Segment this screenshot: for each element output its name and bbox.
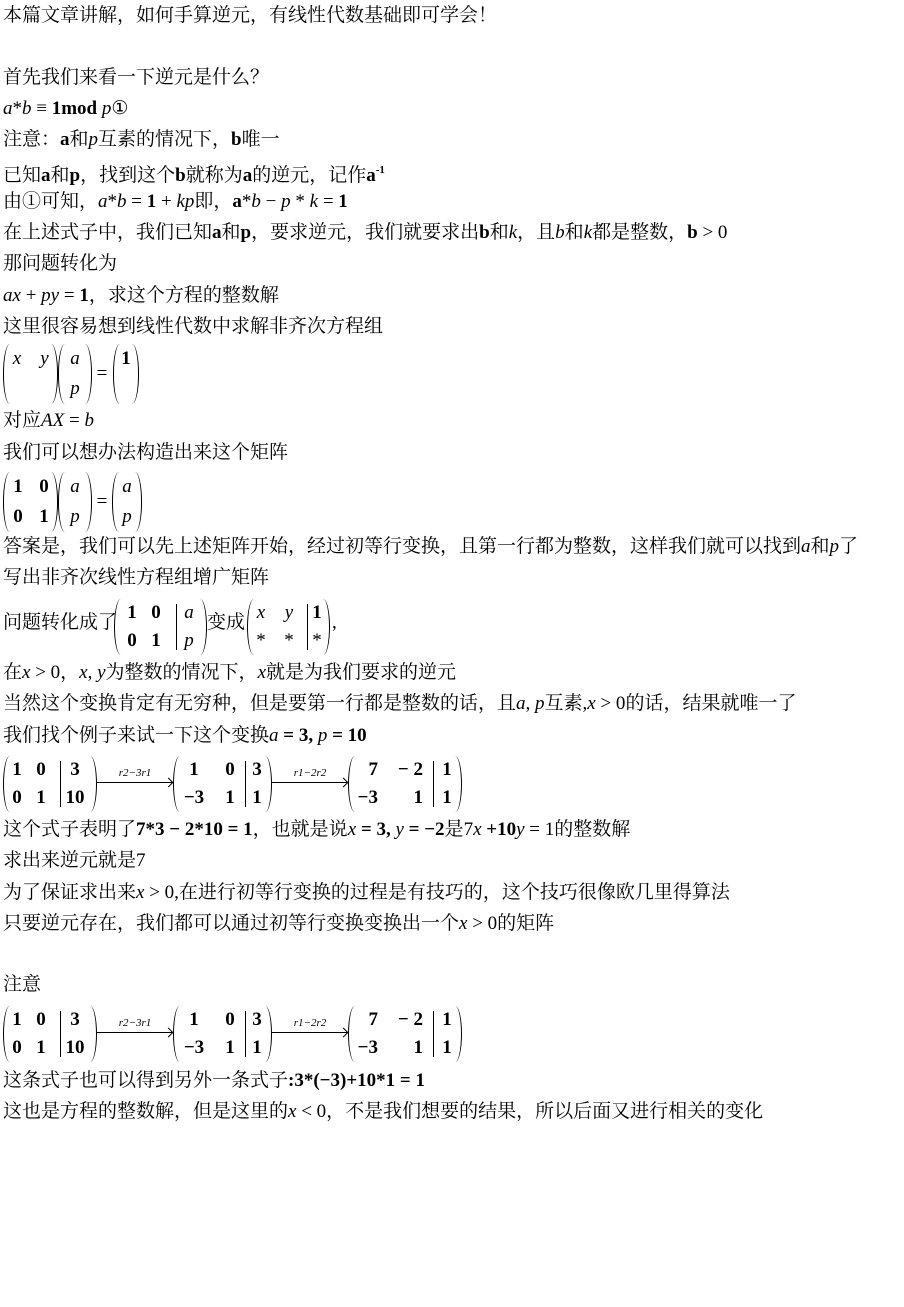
text-run: 对应 [3, 410, 41, 431]
text-run: 在进行初等行变换的过程是有技巧的，这个技巧很像欧几里得算法 [179, 882, 730, 903]
row-operation-arrow: r1−2r2 [272, 1005, 348, 1063]
matrix-cell: 3 [63, 1006, 87, 1034]
math-op: > 0 [596, 693, 626, 714]
matrix-cell: 1 [439, 784, 455, 812]
augmented-matrix-step-2: 1 −3 0 1 3 1 [173, 1006, 272, 1062]
matrix-column: 7 −3 [355, 1006, 381, 1062]
construct-matrix-line: 我们可以想办法构造出来这个矩阵 [3, 437, 288, 468]
left-paren [3, 472, 10, 532]
math-op: * [242, 191, 252, 212]
left-paren [348, 756, 355, 812]
matrix-column: 1 * [311, 599, 323, 655]
matrix-cell: 0 [221, 756, 239, 784]
math-var: k [509, 222, 517, 243]
row-operation-label: r2−3r1 [97, 768, 173, 779]
matrix-cell: 1 [10, 472, 26, 502]
right-paren [135, 472, 142, 532]
matrix-column: y [38, 344, 51, 404]
matrix-cell: 3 [63, 756, 87, 784]
text-run: ，求这个方程的整数解 [89, 285, 279, 306]
matrix-column: 7 −3 [355, 756, 381, 812]
matrix-column: − 2 1 [394, 1006, 426, 1062]
transform-intro-line: 那问题转化为 [3, 248, 117, 279]
row-operation-arrow: r2−3r1 [97, 755, 173, 813]
matrix-cell: * [282, 627, 296, 655]
text-run: 的逆元，记作 [252, 165, 366, 186]
negative-solution-line: 这也是方程的整数解，但是这里的x < 0，不是我们想要的结果，所以后面又进行相关… [3, 1096, 763, 1127]
row-operation-arrow: r2−3r1 [97, 1005, 173, 1063]
left-paren [113, 344, 120, 404]
congruence-formula-line: a*b ≡ 1mod p① [3, 93, 128, 124]
math-var: b [687, 222, 698, 243]
math-var: a [801, 536, 811, 557]
math-var: a [232, 191, 242, 212]
math-number: 7 [136, 850, 146, 871]
arrow-right-icon [97, 1032, 172, 1033]
math-op: > 0 [467, 913, 497, 934]
math-var: a [98, 191, 108, 212]
matrix-cell: −3 [180, 784, 208, 812]
math-number: = 10 [327, 725, 366, 746]
text-run: 求出来逆元就是 [3, 850, 136, 871]
result-explanation-line: 这个式子表明了7*3 − 2*10 = 1，也就是说x = 3, y = −2是… [3, 814, 630, 845]
math-var: x [473, 819, 481, 840]
spacer [208, 756, 221, 812]
math-op: ≡ [32, 98, 52, 119]
matrix-cell: 1 [221, 1034, 239, 1062]
text-run: ，找到这个 [80, 165, 175, 186]
math-number: 7 [464, 819, 474, 840]
spacer [24, 1006, 34, 1062]
condition-line: 在x > 0，x, y为整数的情况下，x就是为我们要求的逆元 [3, 657, 456, 688]
right-paren [85, 344, 92, 404]
math-number: = 1 [525, 819, 555, 840]
right-paren [51, 472, 58, 532]
matrix-column: a p [65, 344, 85, 404]
math-var: b [22, 98, 32, 119]
ax-equals-b-line: 对应AX = b [3, 405, 94, 436]
matrix-cell: 0 [10, 784, 24, 812]
circled-one-marker: ① [111, 98, 128, 119]
text-run: 只要逆元存在，我们都可以通过初等行变换变换出一个 [3, 913, 459, 934]
matrix-column: 0 1 [149, 599, 163, 655]
math-op: , [526, 693, 536, 714]
matrix-column: y * [282, 599, 296, 655]
math-var: b [117, 191, 127, 212]
text-run: 这个式子表明了 [3, 819, 136, 840]
matrix-cell: 0 [34, 756, 48, 784]
spacer [381, 1006, 394, 1062]
augmented-matrix-to: x * y * 1 * [247, 599, 330, 655]
math-op: = [64, 410, 84, 431]
matrix-cell: a [65, 344, 85, 374]
matrix-cell: * [311, 627, 323, 655]
spacer [426, 756, 433, 812]
text-run: 由①可知， [3, 191, 98, 212]
spacer [381, 756, 394, 812]
text-run: , [332, 598, 337, 648]
spacer [296, 599, 307, 655]
matrix-cell [120, 374, 132, 404]
math-var: y [97, 662, 105, 683]
matrix-column: 1 −3 [180, 756, 208, 812]
matrix-column: 3 10 [63, 1006, 87, 1062]
matrix-column: 0 1 [37, 472, 51, 532]
matrix-column: 0 1 [34, 1006, 48, 1062]
inverse-definition-line: 已知a和p，找到这个b就称为a的逆元，记作a-1 [3, 155, 385, 186]
math-number: = 3, [279, 725, 318, 746]
row-operation-label: r1−2r2 [272, 1018, 348, 1029]
right-paren [90, 756, 97, 812]
matrix-column: x * [254, 599, 268, 655]
text-run: ，且 [517, 222, 555, 243]
matrix-cell: y [38, 344, 51, 374]
math-op: * [108, 191, 118, 212]
matrix-column: 1 1 [439, 756, 455, 812]
spacer [24, 344, 38, 404]
matrix-cell: 1 [120, 344, 132, 374]
text-run: 即， [194, 191, 232, 212]
matrix-cell: a [119, 472, 135, 502]
math-var: a [41, 165, 51, 186]
matrix-equation-2: 1 0 0 1 a p = a p [0, 471, 904, 533]
matrix-cell: 0 [37, 472, 51, 502]
text-run: 的整数解 [554, 819, 630, 840]
equals-sign: = [96, 343, 108, 405]
text-run: 都是整数， [592, 222, 687, 243]
matrix-cell: 1 [10, 1006, 24, 1034]
matrix-cell [38, 374, 51, 404]
matrix-b: 1 [113, 344, 139, 404]
matrix-cell: 7 [355, 756, 381, 784]
math-var: p [70, 165, 81, 186]
math-op: − [261, 191, 281, 212]
matrix-cell: 0 [124, 627, 140, 655]
math-var: a [3, 98, 13, 119]
text-run: 首先我们来看一下逆元是什么？ [3, 67, 269, 88]
matrix-cell: 1 [149, 627, 163, 655]
text-run: 和 [490, 222, 509, 243]
spacer [26, 472, 37, 532]
text-run: 那问题转化为 [3, 253, 117, 274]
math-var: b [479, 222, 490, 243]
matrix-cell: 1 [180, 1006, 208, 1034]
right-paren [132, 344, 139, 404]
matrix-column: 1 1 [439, 1006, 455, 1062]
matrix-column: 1 0 [10, 756, 24, 812]
math-var: x [348, 819, 356, 840]
math-number: 1 [79, 285, 89, 306]
text-run: 就称为 [186, 165, 243, 186]
math-number: 1 [147, 191, 157, 212]
matrix-column: 0 1 [34, 756, 48, 812]
text-run: 和 [51, 165, 70, 186]
matrix-cell: 1 [180, 756, 208, 784]
math-op: + [156, 191, 176, 212]
text-run: 和 [70, 129, 89, 150]
matrix-cell: 1 [221, 784, 239, 812]
augmented-matrix-step-3: 7 −3 − 2 1 1 1 [348, 1006, 462, 1062]
text-run: 写出非齐次线性方程组增广矩阵 [3, 567, 269, 588]
matrix-cell: 1 [394, 784, 426, 812]
text-run: 的话，结果就唯一了 [625, 693, 796, 714]
math-var: k [584, 222, 592, 243]
matrix-cell: 1 [311, 599, 323, 627]
matrix-cell: y [282, 599, 296, 627]
derivation-line: 由①可知，a*b = 1 + kp即，a*b − p * k = 1 [3, 186, 348, 217]
spacer [163, 599, 176, 655]
matrix-cell: 1 [249, 784, 265, 812]
matrix-cell: −3 [180, 1034, 208, 1062]
text-run: 注意： [3, 129, 60, 150]
left-paren [173, 1006, 180, 1062]
matrix-column: x [10, 344, 24, 404]
math-op: * [291, 191, 310, 212]
spacer [426, 1006, 433, 1062]
matrix-cell: 3 [249, 1006, 265, 1034]
matrix-column: 3 10 [63, 756, 87, 812]
matrix-cell: 1 [439, 1034, 455, 1062]
math-op: > 0, [144, 882, 178, 903]
note-heading: 注意 [3, 969, 41, 1000]
matrix-cell: 1 [249, 1034, 265, 1062]
text-run: ，要求逆元，我们就要求出 [251, 222, 479, 243]
matrix-column: a p [65, 472, 85, 532]
intro-line: 本篇文章讲解，如何手算逆元，有线性代数基础即可学会！ [3, 0, 497, 31]
math-var: b [555, 222, 565, 243]
unknowns-line: 在上述式子中，我们已知a和p，要求逆元，我们就要求出b和k，且b和k都是整数，b… [3, 217, 727, 248]
matrix-cell: 0 [149, 599, 163, 627]
math-var: x [587, 693, 595, 714]
math-var: p [830, 536, 840, 557]
right-paren [455, 1006, 462, 1062]
left-paren [3, 1006, 10, 1062]
text-run: 和 [811, 536, 830, 557]
math-var: b [175, 165, 186, 186]
matrix-cell: − 2 [394, 756, 426, 784]
text-run: 已知 [3, 165, 41, 186]
existence-line: 只要逆元存在，我们都可以通过初等行变换变换出一个x > 0的矩阵 [3, 908, 554, 939]
spacer [48, 756, 60, 812]
matrix-cell: 1 [37, 502, 51, 532]
matrix-cell: 0 [10, 1034, 24, 1062]
matrix-cell: a [65, 472, 85, 502]
example-intro-line: 我们找个例子来试一下这个变换a = 3, p = 10 [3, 720, 367, 751]
matrix-cell: x [254, 599, 268, 627]
math-var: a [243, 165, 253, 186]
right-paren [265, 756, 272, 812]
augmented-matrix-intro-line: 写出非齐次线性方程组增广矩阵 [3, 562, 269, 593]
spacer [48, 1006, 60, 1062]
text-run: 了 [839, 536, 858, 557]
matrix-cell: p [65, 374, 85, 404]
matrix-column: 1 [120, 344, 132, 404]
text-run: 本篇文章讲解，如何手算逆元，有线性代数基础即可学会！ [3, 5, 497, 26]
matrix-cell: 1 [124, 599, 140, 627]
math-number: 1mod [52, 98, 102, 119]
math-number: 1 [338, 191, 348, 212]
matrix-cell: 1 [10, 756, 24, 784]
math-op: * [13, 98, 23, 119]
text-run: ，也就是说 [253, 819, 348, 840]
matrix-column: 3 1 [249, 1006, 265, 1062]
row-reduction-example: 1 0 0 1 3 10 r2−3r1 1 [0, 755, 904, 813]
note-coprime-line: 注意：a和p互素的情况下，b唯一 [3, 124, 280, 155]
math-var: x [258, 662, 266, 683]
matrix-column: 3 1 [249, 756, 265, 812]
matrix-column: a p [119, 472, 135, 532]
augmented-matrix-step-2: 1 −3 0 1 3 1 [173, 756, 272, 812]
matrix-b: a p [112, 472, 142, 532]
right-paren [265, 1006, 272, 1062]
math-var: a [366, 165, 376, 186]
math-var: p [89, 129, 99, 150]
right-paren [90, 1006, 97, 1062]
arrow-right-icon [272, 782, 347, 783]
text-run: 为了保证求出来 [3, 882, 136, 903]
math-expression: 7*3 − 2*10 = 1 [136, 819, 253, 840]
math-op: < 0， [296, 1101, 345, 1122]
matrix-cell: p [65, 502, 85, 532]
text-run: 我们可以想办法构造出来这个矩阵 [3, 442, 288, 463]
matrix-cell: 3 [249, 756, 265, 784]
math-var: p [281, 191, 291, 212]
matrix-cell: −3 [355, 1034, 381, 1062]
matrix-column: 1 0 [10, 1006, 24, 1062]
matrix-column: a p [182, 599, 196, 655]
math-var: p [535, 693, 545, 714]
matrix-cell: −3 [355, 784, 381, 812]
text-run: 不是我们想要的结果，所以后面又进行相关的变化 [345, 1101, 763, 1122]
row-operation-label: r1−2r2 [272, 768, 348, 779]
left-paren [114, 599, 121, 655]
math-op: = [127, 191, 147, 212]
text-run: 当然这个变换肯定有无穷种，但是要第一行都是整数的话，且 [3, 693, 516, 714]
math-var: b [231, 129, 242, 150]
matrix-cell: 1 [439, 756, 455, 784]
question-line: 首先我们来看一下逆元是什么？ [3, 62, 269, 93]
identity-matrix: 1 0 0 1 [3, 472, 58, 532]
text-run: 答案是，我们可以先上述矩阵开始，经过初等行变换，且第一行都为整数，这样我们就可以… [3, 536, 801, 557]
matrix-cell: p [182, 627, 196, 655]
alternate-solution-line: 这条式子也可以得到另外一条式子:3*(−3)+10*1 = 1 [3, 1065, 425, 1096]
augmented-matrix-from: 1 0 0 1 a p [114, 599, 207, 655]
spacer [268, 599, 282, 655]
matrix-column: 0 1 [221, 1006, 239, 1062]
augmented-matrix-step-1: 1 0 0 1 3 10 [3, 756, 97, 812]
uniqueness-line: 当然这个变换肯定有无穷种，但是要第一行都是整数的话，且a, p互素,x > 0的… [3, 688, 796, 719]
math-op: = [59, 285, 79, 306]
matrix-cell: 0 [34, 1006, 48, 1034]
math-var: y [395, 819, 403, 840]
matrix-cell: 1 [439, 1006, 455, 1034]
text-run: 注意 [3, 974, 41, 995]
answer-line: 答案是，我们可以先上述矩阵开始，经过初等行变换，且第一行都为整数，这样我们就可以… [3, 531, 858, 562]
technique-line: 为了保证求出来x > 0,在进行初等行变换的过程是有技巧的，这个技巧很像欧几里得… [3, 877, 730, 908]
right-paren [455, 756, 462, 812]
matrix-cell: 1 [394, 1034, 426, 1062]
matrix-cell: 0 [221, 1006, 239, 1034]
text-run: 问题转化成了 [3, 598, 117, 648]
matrix-cell: 1 [34, 784, 48, 812]
matrix-a: x y [3, 344, 58, 404]
row-operation-arrow: r1−2r2 [272, 755, 348, 813]
math-op: , [88, 662, 98, 683]
math-var: ax [3, 285, 21, 306]
matrix-column: 1 0 [10, 472, 26, 532]
matrix-cell: x [10, 344, 24, 374]
matrix-cell: 1 [34, 1034, 48, 1062]
math-var: py [41, 285, 59, 306]
math-var: a [60, 129, 70, 150]
math-number: +10 [482, 819, 517, 840]
math-var: AX [41, 410, 64, 431]
text-run: 互素的情况下， [98, 129, 231, 150]
matrix-cell: − 2 [394, 1006, 426, 1034]
math-var: p [318, 725, 328, 746]
matrix-cell: 10 [63, 1034, 87, 1062]
text-run: 互素, [545, 693, 588, 714]
matrix-cell: 7 [355, 1006, 381, 1034]
math-var: p [241, 222, 252, 243]
arrow-right-icon [272, 1032, 347, 1033]
matrix-column: − 2 1 [394, 756, 426, 812]
math-op: + [21, 285, 41, 306]
matrix-cell: 10 [63, 784, 87, 812]
row-reduction-note-example: 1 0 0 1 3 10 r2−3r1 1 [0, 1005, 904, 1063]
math-op: = [318, 191, 338, 212]
spacer [24, 756, 34, 812]
math-number: = 3, [356, 819, 395, 840]
text-run: 这也是方程的整数解，但是这里的 [3, 1101, 288, 1122]
text-run: 是 [445, 819, 464, 840]
inverse-result-line: 求出来逆元就是7 [3, 845, 146, 876]
text-run: 就是为我们要求的逆元 [266, 662, 456, 683]
spacer [208, 1006, 221, 1062]
diophantine-equation-line: ax + py = 1，求这个方程的整数解 [3, 280, 279, 311]
matrix-column: 1 −3 [180, 1006, 208, 1062]
text-run: 这条式子也可以得到另外一条式子 [3, 1070, 288, 1091]
left-paren [3, 756, 10, 812]
row-operation-label: r2−3r1 [97, 1018, 173, 1029]
augmented-matrix-step-1: 1 0 0 1 3 10 [3, 1006, 97, 1062]
math-var: b [84, 410, 94, 431]
left-paren [58, 472, 65, 532]
left-paren [348, 1006, 355, 1062]
spacer [140, 599, 149, 655]
math-var: p [102, 98, 112, 119]
math-var: a [269, 725, 279, 746]
left-paren [173, 756, 180, 812]
left-paren [247, 599, 254, 655]
linear-algebra-line: 这里很容易想到线性代数中求解非齐次方程组 [3, 311, 383, 342]
math-number: = −2 [404, 819, 445, 840]
text-run: 为整数的情况下， [106, 662, 258, 683]
right-paren [85, 472, 92, 532]
matrix-cell: a [182, 599, 196, 627]
math-var: a [516, 693, 526, 714]
text-run: 的矩阵 [497, 913, 554, 934]
matrix-column: 0 1 [221, 756, 239, 812]
math-var: b [251, 191, 261, 212]
augmented-matrix-step-3: 7 −3 − 2 1 1 1 [348, 756, 462, 812]
document-page: 本篇文章讲解，如何手算逆元，有线性代数基础即可学会！ 首先我们来看一下逆元是什么… [0, 0, 904, 1307]
arrow-right-icon [97, 782, 172, 783]
text-run: 在上述式子中，我们已知 [3, 222, 212, 243]
text-run: 在 [3, 662, 22, 683]
matrix-cell [10, 374, 24, 404]
equals-sign: = [96, 471, 108, 533]
